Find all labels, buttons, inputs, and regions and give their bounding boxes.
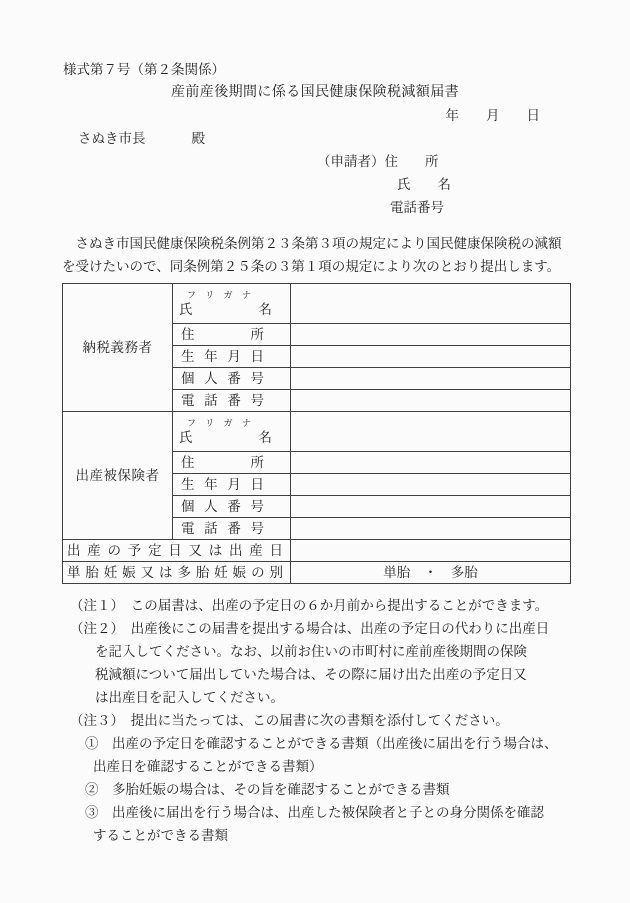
- taxpayer-phone-label: 電話番号: [173, 390, 291, 412]
- insured-name-input-cell: [291, 412, 571, 452]
- taxpayer-address-label: 住所: [173, 324, 291, 346]
- table-row: 出産被保険者 フリガナ 氏名: [63, 412, 571, 452]
- note-3: （注３） 提出に当たっては、この届書に次の書類を添付してください。: [70, 709, 568, 732]
- name-label: 氏名: [173, 429, 290, 446]
- taxpayer-birthdate-input-cell: [291, 346, 571, 368]
- taxpayer-mynumber-input-cell: [291, 368, 571, 390]
- page-title: 産前産後期間に係る国民健康保険税減額届書: [62, 81, 568, 104]
- name-label: 氏名: [173, 301, 290, 318]
- insured-birthdate-label: 生年月日: [173, 474, 291, 496]
- insured-phone-label: 電話番号: [173, 518, 291, 540]
- addressee-line: さぬき市長殿: [62, 127, 568, 150]
- insured-name-label-cell: フリガナ 氏名: [173, 412, 291, 452]
- taxpayer-birthdate-label: 生年月日: [173, 346, 291, 368]
- due-date-input-cell: [291, 540, 571, 562]
- applicant-phone-label: 電話番号: [317, 196, 568, 219]
- applicant-block: （申請者）住 所 氏 名 電話番号: [317, 150, 568, 219]
- taxpayer-group-label: 納税義務者: [63, 284, 173, 412]
- document-page: 様式第７号（第２条関係） 産前産後期間に係る国民健康保険税減額届書 年 月 日 …: [0, 0, 630, 903]
- taxpayer-mynumber-label: 個人番号: [173, 368, 291, 390]
- addressee-honorific: 殿: [192, 131, 206, 146]
- due-date-label: 出産の予定日又は出産日: [63, 540, 291, 562]
- furigana-label: フリガナ: [173, 418, 290, 429]
- insured-mynumber-input-cell: [291, 496, 571, 518]
- applicant-name-label: 氏 名: [317, 173, 568, 196]
- taxpayer-phone-input-cell: [291, 390, 571, 412]
- intro-paragraph: さぬき市国民健康保険税条例第２３条第３項の規定により国民健康保険税の減額 を受け…: [62, 232, 568, 278]
- insured-address-input-cell: [291, 452, 571, 474]
- note-3-item-1: ① 出産の予定日を確認することができる書類（出産後に届出を行う場合は、 出産日を…: [70, 732, 568, 778]
- taxpayer-name-label-cell: フリガナ 氏名: [173, 284, 291, 324]
- date-line: 年 月 日: [62, 104, 568, 127]
- note-3-item-2: ② 多胎妊娠の場合は、その旨を確認することができる書類: [70, 778, 568, 801]
- form-number: 様式第７号（第２条関係）: [63, 58, 568, 81]
- table-row: 納税義務者 フリガナ 氏名: [63, 284, 571, 324]
- document-content: 様式第７号（第２条関係） 産前産後期間に係る国民健康保険税減額届書 年 月 日 …: [0, 0, 630, 847]
- note-1: （注１） この届書は、出産の予定日の６か月前から提出することができます。: [70, 594, 568, 617]
- form-table: 納税義務者 フリガナ 氏名 住所 生年月日 個人番号: [62, 283, 571, 584]
- insured-birthdate-input-cell: [291, 474, 571, 496]
- insured-phone-input-cell: [291, 518, 571, 540]
- note-3-item-3: ③ 出産後に届出を行う場合は、出産した被保険者と子との身分関係を確認 することが…: [70, 801, 568, 847]
- note-2: （注２） 出産後にこの届書を提出する場合は、出産の予定日の代わりに出産日 を記入…: [70, 617, 568, 709]
- applicant-address-label: （申請者）住 所: [317, 150, 568, 173]
- insured-mynumber-label: 個人番号: [173, 496, 291, 518]
- insured-address-label: 住所: [173, 452, 291, 474]
- notes-section: （注１） この届書は、出産の予定日の６か月前から提出することができます。 （注２…: [70, 594, 568, 847]
- furigana-label: フリガナ: [173, 290, 290, 301]
- table-row: 出産の予定日又は出産日: [63, 540, 571, 562]
- pregnancy-type-value: 単胎 ・ 多胎: [291, 562, 571, 584]
- pregnancy-type-label: 単胎妊娠又は多胎妊娠の別: [63, 562, 291, 584]
- addressee: さぬき市長: [78, 131, 146, 146]
- taxpayer-name-input-cell: [291, 284, 571, 324]
- taxpayer-address-input-cell: [291, 324, 571, 346]
- insured-group-label: 出産被保険者: [63, 412, 173, 540]
- table-row: 単胎妊娠又は多胎妊娠の別 単胎 ・ 多胎: [63, 562, 571, 584]
